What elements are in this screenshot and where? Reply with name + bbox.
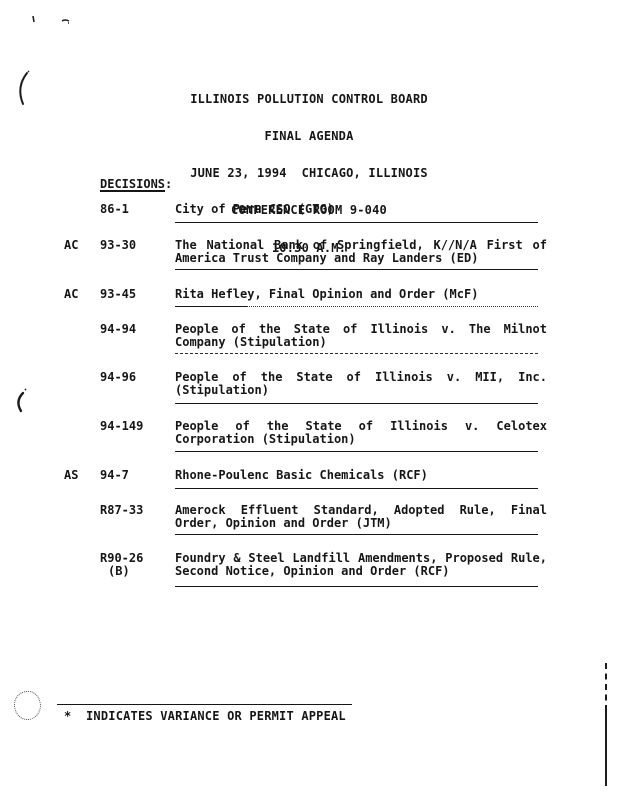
row-divider	[175, 353, 538, 354]
row-description: City of Peru CSO (GTG)	[175, 203, 547, 216]
row-description: People of the State of Illinois v. Celot…	[175, 420, 547, 446]
header-board-name: ILLINOIS POLLUTION CONTROL BOARD	[0, 93, 618, 105]
row-prefix: AC	[64, 239, 78, 252]
row-divider	[175, 488, 538, 489]
row-divider	[175, 222, 538, 223]
scan-artifact-right-line-solid	[605, 711, 607, 786]
scan-artifact-stamp	[11, 688, 44, 723]
decisions-heading-colon: :	[165, 177, 172, 191]
row-divider	[175, 534, 538, 535]
row-description: People of the State of Illinois v. MII, …	[175, 371, 547, 397]
header-agenda-title: FINAL AGENDA	[0, 130, 618, 142]
scan-artifact-dash	[61, 18, 71, 25]
row-description: Foundry & Steel Landfill Amendments, Pro…	[175, 552, 547, 578]
row-docket-subdocket: (B)	[108, 565, 130, 578]
header-date-location: JUNE 23, 1994 CHICAGO, ILLINOIS	[0, 167, 618, 179]
row-docket-number: 86-1	[100, 203, 129, 216]
row-docket-number: 93-30	[100, 239, 136, 252]
row-description: Rita Hefley, Final Opinion and Order (Mc…	[175, 288, 547, 301]
row-docket-number: 93-45	[100, 288, 136, 301]
row-divider	[175, 403, 538, 404]
row-docket-number: R87-33	[100, 504, 143, 517]
row-docket-number: 94-94	[100, 323, 136, 336]
row-description: People of the State of Illinois v. The M…	[175, 323, 547, 349]
row-docket-number: 94-7	[100, 469, 129, 482]
row-description: Rhone-Poulenc Basic Chemicals (RCF)	[175, 469, 547, 482]
row-docket-number: 94-149	[100, 420, 143, 433]
scan-artifact-right-line-dashed	[605, 663, 607, 711]
row-divider	[175, 451, 538, 452]
row-description: Amerock Effluent Standard, Adopted Rule,…	[175, 504, 547, 530]
scan-artifact-bracket	[10, 388, 28, 416]
row-prefix: AC	[64, 288, 78, 301]
footnote-asterisk: *	[64, 709, 71, 723]
row-docket-number: 94-96	[100, 371, 136, 384]
row-divider	[175, 269, 538, 270]
row-description: The National Bank of Springfield, K//N/A…	[175, 239, 547, 265]
row-prefix: AS	[64, 469, 78, 482]
footnote-divider	[57, 704, 352, 705]
scan-artifact-tick	[31, 15, 37, 24]
row-divider	[175, 586, 538, 587]
decisions-heading-text: DECISIONS	[100, 177, 165, 191]
decisions-heading: DECISIONS:	[100, 177, 172, 191]
footnote-text: INDICATES VARIANCE OR PERMIT APPEAL	[86, 709, 346, 723]
scanned-agenda-page: ILLINOIS POLLUTION CONTROL BOARD FINAL A…	[0, 0, 618, 800]
